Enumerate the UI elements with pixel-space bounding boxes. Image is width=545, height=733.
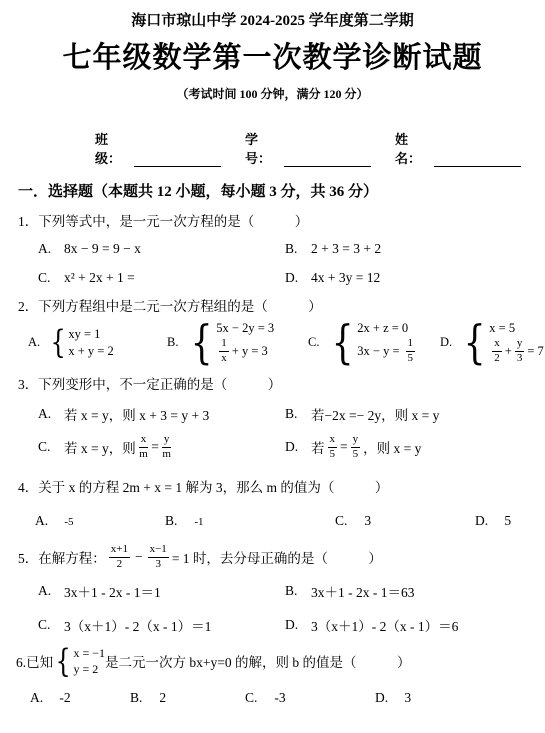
q2-option-b-label: B. bbox=[167, 335, 187, 350]
q6-stem-post: 是二元一次方 bx+y=0 的解，则 b 的值是（ ） bbox=[105, 651, 410, 671]
q3-option-c-pre: 若 x = y，则 bbox=[64, 437, 136, 457]
q4-option-a-text: -5 bbox=[64, 516, 73, 528]
q6-option-b-label: B. bbox=[130, 690, 156, 706]
q3-option-b-label: B. bbox=[285, 406, 311, 422]
q3-options: A. 若 x = y，则 x + 3 = y + 3 B. 若−2x =− 2y… bbox=[38, 404, 545, 460]
q6-option-a: A. -2 bbox=[30, 690, 130, 706]
q3-option-d: D. 若 x 5 = y 5 ，则 x = y bbox=[285, 434, 545, 460]
left-brace-icon bbox=[48, 328, 68, 357]
q4-option-b: B. -1 bbox=[165, 513, 335, 529]
q4-option-c: C. 3 bbox=[335, 513, 475, 529]
fraction: x−1 3 bbox=[148, 544, 169, 570]
q6-option-b-text: 2 bbox=[159, 690, 166, 705]
q5-option-d-text: 3（x＋1）- 2（x - 1）＝6 bbox=[311, 615, 458, 635]
left-brace-icon bbox=[328, 322, 357, 363]
q4-option-c-text: 3 bbox=[364, 513, 371, 528]
q5-option-b: B. 3x＋1 - 2x - 1＝63 bbox=[285, 581, 545, 601]
q2-a-equation-2: x + y = 2 bbox=[68, 344, 113, 359]
q2-c-equation-2: 3x − y = 1 5 bbox=[357, 338, 418, 364]
q2-option-c: C. 2x + z = 0 3x − y = 1 5 bbox=[308, 321, 440, 364]
denominator: 2 bbox=[494, 352, 500, 365]
q6-option-c-text: -3 bbox=[274, 690, 285, 705]
q2-a-equation-1: xy = 1 bbox=[68, 327, 113, 342]
name-blank-line bbox=[434, 152, 521, 167]
q3-option-c-label: C. bbox=[38, 439, 64, 455]
q3-option-b-text: 若−2x =− 2y，则 x = y bbox=[311, 404, 439, 424]
numerator: y bbox=[515, 338, 525, 352]
fraction: x+1 2 bbox=[109, 544, 130, 570]
q2-stem: 2．下列方程组中是二元一次方程组的是（ ） bbox=[18, 295, 545, 315]
numerator: x−1 bbox=[148, 544, 169, 558]
q4-option-a-label: A. bbox=[35, 513, 61, 529]
q4-stem: 4．关于 x 的方程 2m + x = 1 解为 3，那么 m 的值为（ ） bbox=[18, 476, 545, 496]
q5-option-c-text: 3（x＋1）- 2（x - 1）＝1 bbox=[64, 615, 211, 635]
numerator: 1 bbox=[406, 338, 416, 352]
q2-option-b-system: 5x − 2y = 3 1 x + y = 3 bbox=[187, 321, 274, 364]
q2-option-a-label: A. bbox=[28, 335, 48, 350]
q6-option-a-label: A. bbox=[30, 690, 56, 706]
q6-option-c-label: C. bbox=[245, 690, 271, 706]
q5-stem-post: = 1 时，去分母正确的是（ ） bbox=[172, 547, 382, 567]
q2-c-equation-1: 2x + z = 0 bbox=[357, 321, 418, 336]
class-blank-line bbox=[134, 152, 221, 167]
denominator: 5 bbox=[330, 448, 336, 461]
denominator: 3 bbox=[155, 558, 161, 571]
q6-options: A. -2 B. 2 C. -3 D. 3 bbox=[30, 690, 545, 706]
q6-option-c: C. -3 bbox=[245, 690, 375, 706]
fraction: x m bbox=[139, 434, 149, 460]
equals-sign: = bbox=[340, 439, 348, 455]
exam-info-line: （考试时间 100 分钟，满分 120 分） bbox=[0, 85, 545, 102]
q4-option-a: A. -5 bbox=[35, 513, 165, 529]
school-year-heading: 海口市琼山中学 2024-2025 学年度第二学期 bbox=[0, 0, 545, 30]
question-5: 5．在解方程： x+1 2 − x−1 3 = 1 时，去分母正确的是（ ） A… bbox=[0, 544, 545, 635]
q2-b-equation-2: 1 x + y = 3 bbox=[216, 338, 274, 364]
fraction: x 5 bbox=[328, 434, 338, 460]
q2-option-a-system: xy = 1 x + y = 2 bbox=[48, 327, 114, 359]
q3-option-d-pre: 若 bbox=[311, 437, 325, 457]
q2-option-c-system: 2x + z = 0 3x − y = 1 5 bbox=[328, 321, 418, 364]
q6-option-d-text: 3 bbox=[404, 690, 411, 705]
q5-option-a: A. 3x＋1 - 2x - 1＝1 bbox=[38, 581, 285, 601]
q4-option-b-text: -1 bbox=[194, 516, 203, 528]
q6-equation-1: x = −1 bbox=[73, 646, 105, 660]
left-brace-icon bbox=[187, 322, 216, 363]
q1-option-a: A. 8x − 9 = 9 − x bbox=[38, 241, 285, 257]
denominator: 3 bbox=[517, 352, 523, 365]
q5-option-b-label: B. bbox=[285, 583, 311, 599]
denominator: 5 bbox=[408, 352, 414, 365]
question-6: 6.已知 x = −1 y = 2 是二元一次方 bx+y=0 的解，则 b 的… bbox=[0, 646, 545, 706]
q6-option-d: D. 3 bbox=[375, 690, 411, 706]
q6-system: x = −1 y = 2 bbox=[53, 646, 105, 677]
question-4: 4．关于 x 的方程 2m + x = 1 解为 3，那么 m 的值为（ ） A… bbox=[0, 476, 545, 529]
q1-option-d: D. 4x + 3y = 12 bbox=[285, 270, 545, 286]
left-brace-icon bbox=[53, 647, 73, 676]
numerator: 1 bbox=[219, 338, 229, 352]
q5-option-b-text: 3x＋1 - 2x - 1＝63 bbox=[311, 581, 415, 601]
student-id-field: 学号： bbox=[245, 129, 371, 167]
q4-option-d-label: D. bbox=[475, 513, 501, 529]
q1-option-a-text: 8x − 9 = 9 − x bbox=[64, 241, 141, 257]
denominator: m bbox=[162, 448, 171, 461]
q1-option-b-label: B. bbox=[285, 241, 311, 257]
q3-option-a-text: 若 x = y，则 x + 3 = y + 3 bbox=[64, 404, 209, 424]
q2-d-equation-2: x 2 + y 3 = 7 bbox=[489, 338, 544, 364]
q4-option-b-label: B. bbox=[165, 513, 191, 529]
q1-option-d-label: D. bbox=[285, 270, 311, 286]
q4-option-c-label: C. bbox=[335, 513, 361, 529]
page-title: 七年级数学第一次教学诊断试题 bbox=[0, 35, 545, 76]
exam-paper: 海口市琼山中学 2024-2025 学年度第二学期 七年级数学第一次教学诊断试题… bbox=[0, 0, 545, 733]
q6-option-b: B. 2 bbox=[130, 690, 245, 706]
q3-option-d-label: D. bbox=[285, 439, 311, 455]
q3-option-a: A. 若 x = y，则 x + 3 = y + 3 bbox=[38, 404, 285, 424]
q6-option-a-text: -2 bbox=[59, 690, 70, 705]
numerator: x+1 bbox=[109, 544, 130, 558]
q4-options: A. -5 B. -1 C. 3 D. 5 bbox=[35, 513, 545, 529]
fraction: y 3 bbox=[515, 338, 525, 364]
q4-option-d: D. 5 bbox=[475, 513, 511, 529]
denominator: 2 bbox=[117, 558, 123, 571]
left-brace-icon bbox=[460, 322, 489, 363]
student-info-row: 班级： 学号： 姓名： bbox=[95, 129, 545, 167]
q1-option-c-label: C. bbox=[38, 270, 64, 286]
fraction: 1 x bbox=[219, 338, 229, 364]
q2-c-equation-2-pre: 3x − y = bbox=[357, 344, 399, 359]
q2-b-equation-1: 5x − 2y = 3 bbox=[216, 321, 274, 336]
q3-option-c: C. 若 x = y，则 x m = y m bbox=[38, 434, 285, 460]
q1-stem: 1．下列等式中，是一元一次方程的是（ ） bbox=[18, 210, 545, 230]
numerator: x bbox=[492, 338, 502, 352]
q2-option-d-label: D. bbox=[440, 335, 460, 350]
q5-option-c: C. 3（x＋1）- 2（x - 1）＝1 bbox=[38, 615, 285, 635]
question-3: 3．下列变形中，不一定正确的是（ ） A. 若 x = y，则 x + 3 = … bbox=[0, 373, 545, 460]
numerator: x bbox=[328, 434, 338, 448]
fraction: y 5 bbox=[351, 434, 361, 460]
equals-sign: = bbox=[151, 439, 159, 455]
q2-option-c-label: C. bbox=[308, 335, 328, 350]
q6-option-d-label: D. bbox=[375, 690, 401, 706]
q2-option-d: D. x = 5 x 2 + y 3 bbox=[440, 321, 544, 364]
q2-b-equation-2-rest: + y = 3 bbox=[232, 344, 268, 359]
name-field: 姓名： bbox=[395, 129, 521, 167]
q1-option-c-text: x² + 2x + 1 = bbox=[64, 270, 135, 286]
denominator: x bbox=[221, 352, 227, 365]
q1-option-b: B. 2 + 3 = 3 + 2 bbox=[285, 241, 545, 257]
q2-option-b: B. 5x − 2y = 3 1 x + y = 3 bbox=[167, 321, 308, 364]
denominator: m bbox=[139, 448, 148, 461]
q3-option-d-post: ，则 x = y bbox=[363, 437, 421, 457]
q5-option-d: D. 3（x＋1）- 2（x - 1）＝6 bbox=[285, 615, 545, 635]
q2-d-equation-2-rest: = 7 bbox=[527, 344, 543, 359]
q3-stem: 3．下列变形中，不一定正确的是（ ） bbox=[18, 373, 545, 393]
q2-option-a: A. xy = 1 x + y = 2 bbox=[28, 327, 167, 359]
q1-option-c: C. x² + 2x + 1 = bbox=[38, 270, 285, 286]
q4-option-d-text: 5 bbox=[504, 513, 511, 528]
fraction: 1 5 bbox=[406, 338, 416, 364]
q2-option-d-system: x = 5 x 2 + y 3 = 7 bbox=[460, 321, 544, 364]
class-label: 班级： bbox=[95, 129, 134, 167]
q3-option-b: B. 若−2x =− 2y，则 x = y bbox=[285, 404, 545, 424]
q1-option-d-text: 4x + 3y = 12 bbox=[311, 270, 380, 286]
question-2: 2．下列方程组中是二元一次方程组的是（ ） A. xy = 1 x + y = … bbox=[0, 295, 545, 364]
q1-option-b-text: 2 + 3 = 3 + 2 bbox=[311, 241, 381, 257]
q6-stem: 6.已知 x = −1 y = 2 是二元一次方 bx+y=0 的解，则 b 的… bbox=[16, 646, 545, 677]
numerator: x bbox=[139, 434, 149, 448]
q6-equation-2: y = 2 bbox=[73, 662, 105, 676]
q6-stem-pre: 6.已知 bbox=[16, 651, 53, 671]
fraction: x 2 bbox=[492, 338, 502, 364]
minus-sign: − bbox=[135, 549, 143, 565]
q5-option-a-label: A. bbox=[38, 583, 64, 599]
q5-option-d-label: D. bbox=[285, 617, 311, 633]
q5-stem-pre: 5．在解方程： bbox=[18, 547, 106, 567]
denominator: 5 bbox=[353, 448, 359, 461]
plus-sign: + bbox=[505, 344, 512, 359]
numerator: y bbox=[162, 434, 172, 448]
numerator: y bbox=[351, 434, 361, 448]
q2-d-equation-1: x = 5 bbox=[489, 321, 544, 336]
student-id-label: 学号： bbox=[245, 129, 284, 167]
q2-options: A. xy = 1 x + y = 2 B. 5x − 2y = 3 bbox=[28, 321, 545, 364]
fraction: y m bbox=[162, 434, 172, 460]
q5-stem: 5．在解方程： x+1 2 − x−1 3 = 1 时，去分母正确的是（ ） bbox=[18, 544, 545, 570]
q1-option-a-label: A. bbox=[38, 241, 64, 257]
student-id-blank-line bbox=[284, 152, 371, 167]
q5-option-c-label: C. bbox=[38, 617, 64, 633]
q1-options: A. 8x − 9 = 9 − x B. 2 + 3 = 3 + 2 C. x²… bbox=[38, 241, 545, 286]
section-1-heading: 一．选择题（本题共 12 小题，每小题 3 分，共 36 分） bbox=[18, 180, 545, 201]
q5-option-a-text: 3x＋1 - 2x - 1＝1 bbox=[64, 581, 161, 601]
question-1: 1．下列等式中，是一元一次方程的是（ ） A. 8x − 9 = 9 − x B… bbox=[0, 210, 545, 286]
q5-options: A. 3x＋1 - 2x - 1＝1 B. 3x＋1 - 2x - 1＝63 C… bbox=[38, 581, 545, 635]
name-label: 姓名： bbox=[395, 129, 434, 167]
q3-option-a-label: A. bbox=[38, 406, 64, 422]
class-field: 班级： bbox=[95, 129, 221, 167]
